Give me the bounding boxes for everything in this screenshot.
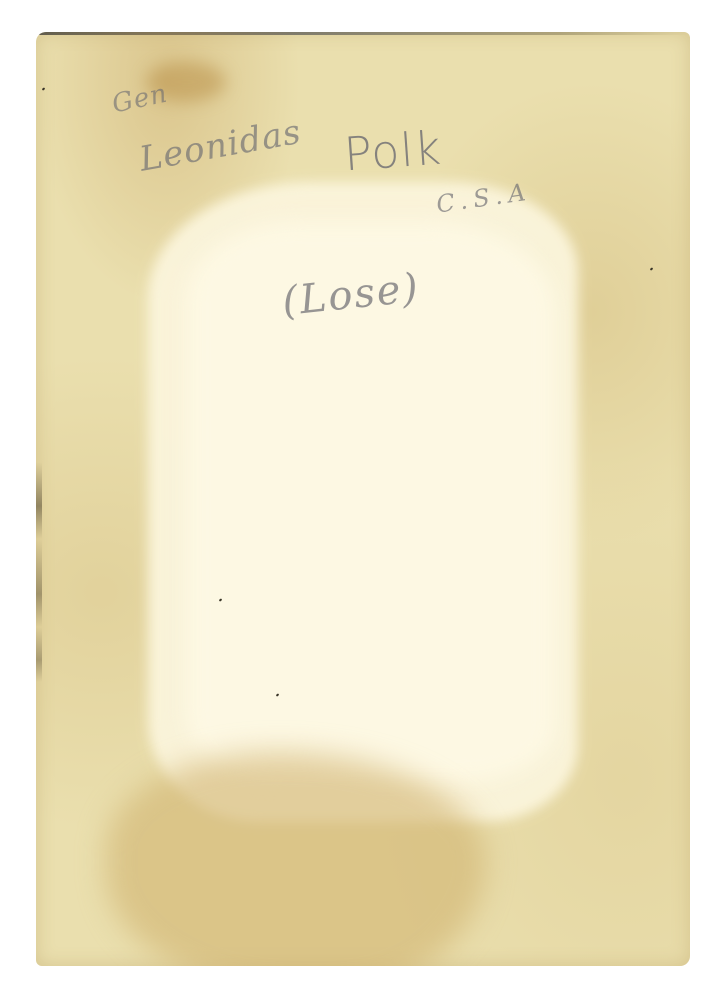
inscription-surname: Polk — [342, 121, 443, 182]
left-edge-wear — [36, 462, 42, 682]
photo-card-back: Gen Leonidas Polk C.S.A (Lose) — [36, 32, 690, 966]
scan-background: Gen Leonidas Polk C.S.A (Lose) — [0, 0, 710, 1000]
